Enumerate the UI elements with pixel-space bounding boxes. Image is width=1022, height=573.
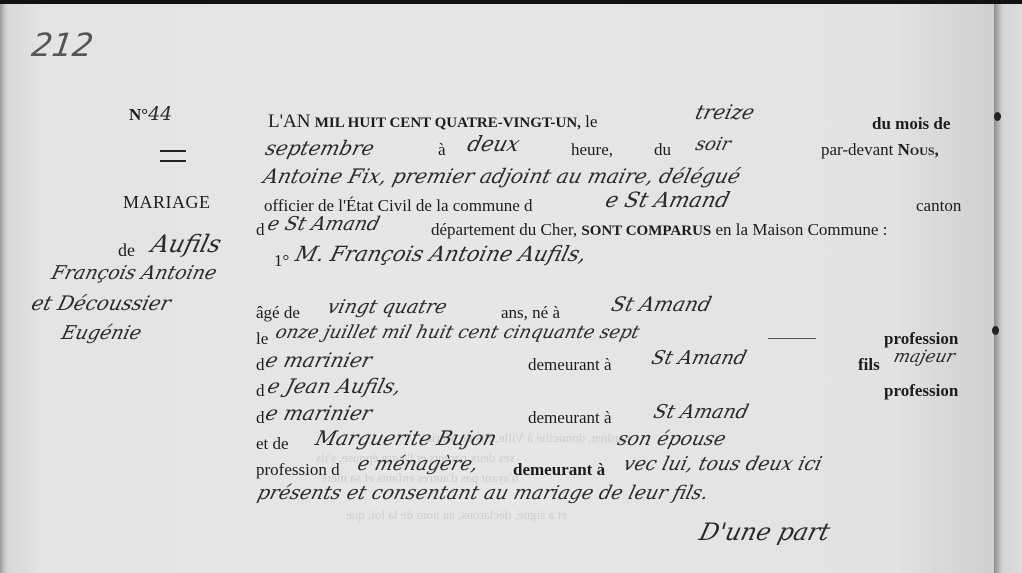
profession-handwritten: e marinier	[263, 348, 375, 372]
father-name-handwritten: e Jean Aufils,	[265, 374, 404, 398]
father-residence-handwritten: St Amand	[651, 401, 751, 423]
month-handwritten: septembre	[263, 136, 377, 160]
before-us-label: par-devant Nous,	[821, 140, 939, 160]
mother-profession-handwritten: e ménagère,	[355, 453, 480, 475]
act-type-heading: MARIAGE	[123, 192, 211, 213]
binding-hole-bottom	[992, 326, 999, 335]
du-label: du	[654, 140, 671, 160]
age-label: âgé de	[256, 303, 300, 323]
mother-profession-label: profession d	[256, 460, 340, 480]
status-handwritten: majeur	[892, 347, 958, 367]
year-statement: L'AN MIL HUIT CENT QUATRE-VINGT-UN, le	[268, 111, 597, 133]
canton-label: canton	[916, 196, 961, 216]
canton-handwritten: e St Amand	[265, 213, 382, 235]
born-label: ans, né à	[501, 303, 560, 323]
act-number-value: 44	[148, 103, 172, 125]
age-handwritten: vingt quatre	[325, 296, 449, 318]
residence-label: demeurant à	[528, 355, 612, 375]
father-residence-label: demeurant à	[528, 408, 612, 428]
facing-page-edge	[994, 4, 1022, 573]
mother-residence-handwritten: vec lui, tous deux ici	[621, 453, 824, 475]
binding-hole-top	[994, 112, 1001, 121]
mother-relation-handwritten: son épouse	[615, 428, 728, 450]
canton-prefix: d	[256, 220, 265, 240]
birthdate-handwritten: onze juillet mil huit cent cinquante sep…	[273, 322, 641, 343]
officer-handwritten: Antoine Fix, premier adjoint au maire, d…	[261, 164, 743, 188]
profession-prefix: d	[256, 355, 265, 375]
birthdate-label: le	[256, 329, 268, 349]
father-profession-label: profession	[884, 381, 958, 401]
father-profession-handwritten: e marinier	[263, 401, 375, 425]
residence-handwritten: St Amand	[649, 347, 749, 369]
mother-residence-label: demeurant à	[513, 460, 605, 480]
closing-handwritten: D'une part	[697, 518, 833, 546]
birthplace-handwritten: St Amand	[609, 292, 714, 316]
father-prefix: d	[256, 381, 265, 401]
department-label: département du Cher, SONT COMPARUS en la…	[431, 220, 887, 240]
margin-surname: Aufils	[149, 230, 225, 258]
son-label: fils	[858, 355, 880, 375]
fill-line	[768, 338, 816, 339]
margin-name-prefix: de	[118, 240, 135, 261]
double-rule-divider	[160, 150, 186, 162]
father-profession-prefix: d	[256, 408, 265, 428]
hour-label: heure,	[571, 140, 613, 160]
page-number: 212	[29, 26, 95, 64]
margin-given-names: François Antoine	[49, 262, 219, 284]
margin-bride-given-name: Eugénie	[59, 322, 144, 344]
profession-label: profession	[884, 329, 958, 349]
first-party-marker: 1°	[274, 251, 289, 271]
mother-prefix: et de	[256, 434, 289, 454]
at-label: à	[438, 140, 446, 160]
month-label: du mois de	[872, 114, 950, 134]
groom-name-handwritten: M. François Antoine Aufils,	[293, 242, 589, 266]
bleedthrough-text-4: et a signé, déclarons, au nom de la loi,…	[346, 507, 567, 523]
register-page: 212 N°44 MARIAGE de Aufils François Anto…	[6, 4, 994, 573]
hour-handwritten: deux	[465, 132, 522, 156]
period-handwritten: soir	[693, 134, 733, 155]
act-number-label: N°44	[129, 103, 172, 125]
margin-bride-surname: et Découssier	[29, 291, 174, 315]
mother-name-handwritten: Marguerite Bujon	[313, 426, 499, 450]
commune-handwritten: e St Amand	[603, 188, 732, 212]
page-left-edge	[0, 4, 8, 573]
day-handwritten: treize	[693, 100, 757, 124]
consent-handwritten: présents et consentant au mariage de leu…	[255, 482, 711, 504]
act-number-prefix: N°	[129, 105, 148, 124]
